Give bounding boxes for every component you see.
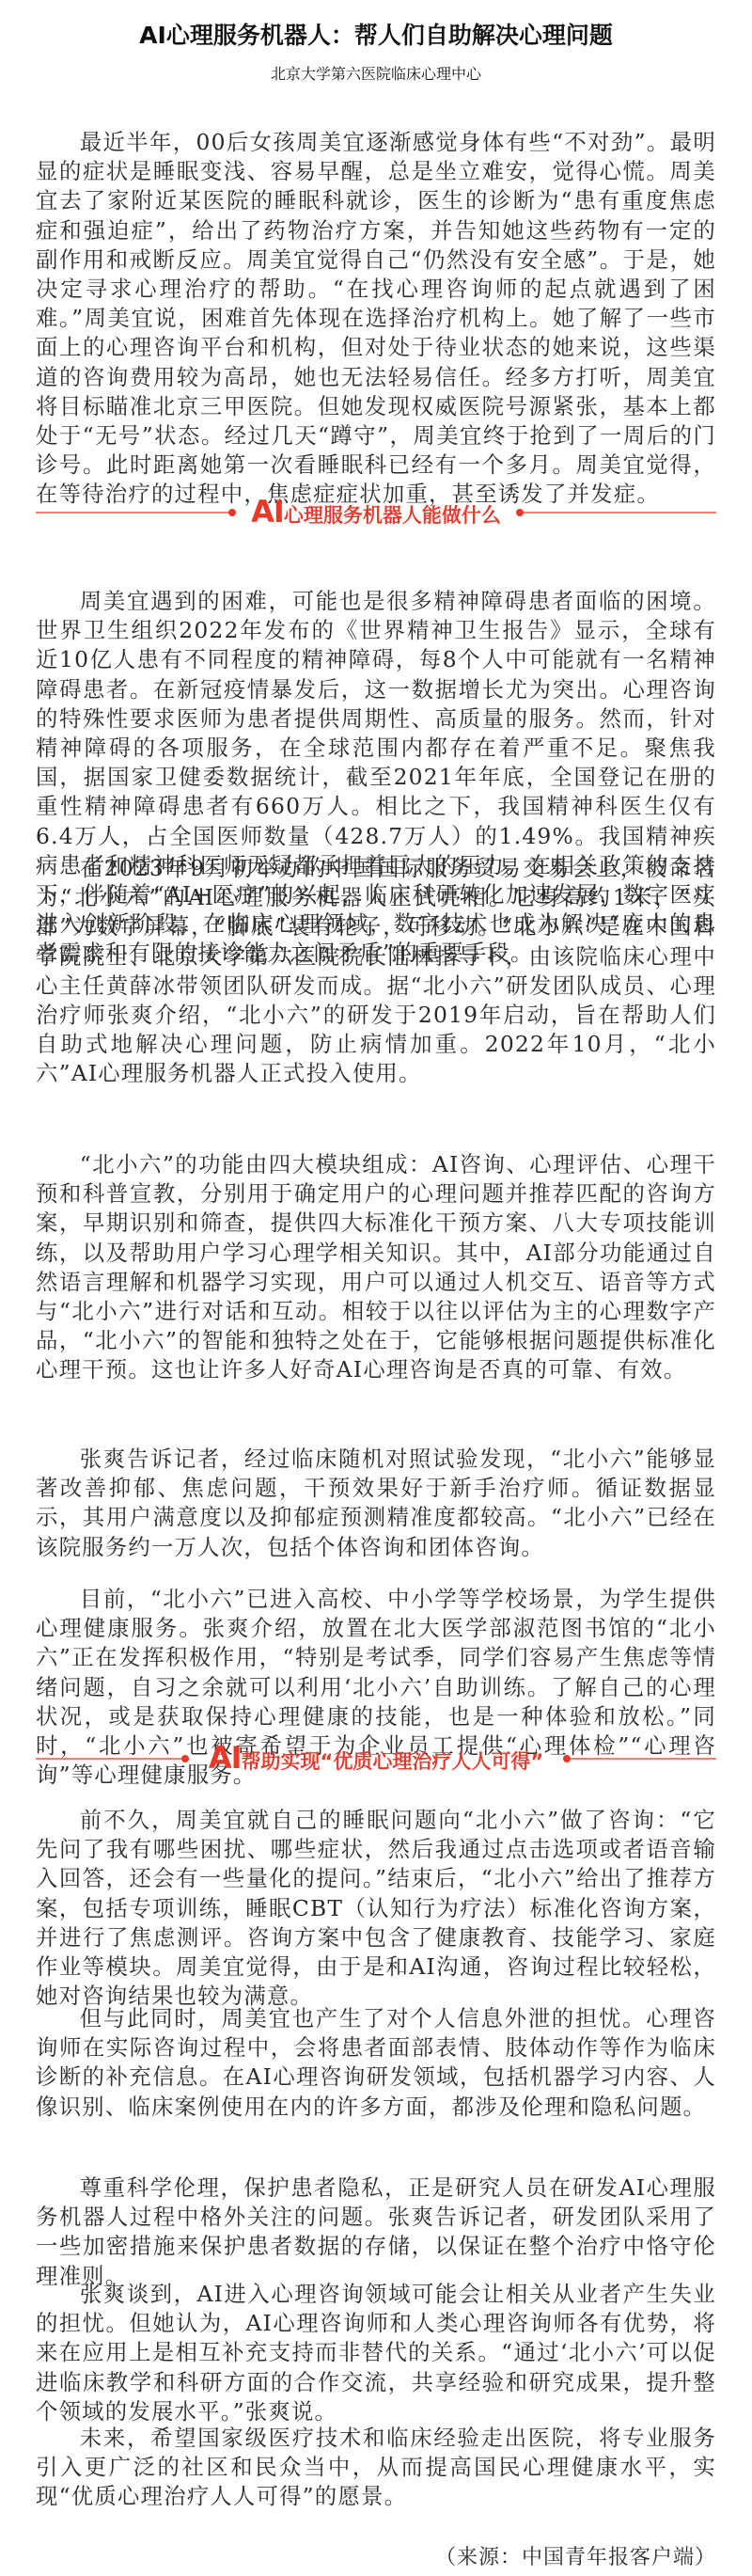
paragraph: 张爽谈到，AI进入心理咨询领域可能会让相关从业者产生失业的担忧。但她认为，AI心… bbox=[36, 2280, 716, 2426]
divider-dot-right bbox=[516, 509, 524, 516]
article-title: AI心理服务机器人：帮人们自助解决心理问题 bbox=[0, 17, 752, 51]
paragraph: “北小六”的功能由四大模块组成：AI咨询、心理评估、心理干预和科普宣教，分别用于… bbox=[36, 1150, 716, 1385]
section-heading-2: AI帮助实现“优质心理治疗人人可得” bbox=[36, 1740, 716, 1778]
section-heading-text: 心理服务机器人能做什么 bbox=[284, 504, 501, 527]
section-heading-text: 帮助实现“优质心理治疗人人可得” bbox=[242, 1750, 544, 1773]
paragraph: 在2023年9月初举办的中国国际服务贸易交易会上，被命名为“北小六”的AI心理服… bbox=[36, 854, 716, 1089]
section-heading-ai: AI bbox=[209, 1740, 242, 1776]
section-heading-1: AI心理服务机器人能做什么 bbox=[36, 494, 716, 531]
article-author: 北京大学第六医院临床心理中心 bbox=[0, 62, 752, 84]
paragraph: 前不久，周美宜就自己的睡眠问题向“北小六”做了咨询：“它先问了我有哪些困扰、哪些… bbox=[36, 1806, 716, 2011]
paragraph: 尊重科学伦理，保护患者隐私，正是研究人员在研发AI心理服务机器人过程中格外关注的… bbox=[36, 2173, 716, 2291]
paragraph: 但与此同时，周美宜也产生了对个人信息外泄的担忧。心理咨询师在实际咨询过程中，会将… bbox=[36, 2004, 716, 2122]
article-source: （来源：中国青年报客户端） bbox=[435, 2541, 716, 2570]
paragraph: 张爽告诉记者，经过临床随机对照试验发现，“北小六”能够显著改善抑郁、焦虑问题，干… bbox=[36, 1445, 716, 1562]
divider-line-right bbox=[571, 1758, 716, 1760]
paragraph-intro: 最近半年，00后女孩周美宜逐渐感觉身体有些“不对劲”。最明显的症状是睡眠变浅、容… bbox=[36, 128, 716, 510]
divider-dot-right bbox=[563, 1755, 571, 1762]
section-heading-ai: AI bbox=[251, 494, 284, 529]
paragraph: 未来，希望国家级医疗技术和临床经验走出医院，将专业服务引入更广泛的社区和民众当中… bbox=[36, 2424, 716, 2512]
divider-line-right bbox=[524, 512, 716, 514]
